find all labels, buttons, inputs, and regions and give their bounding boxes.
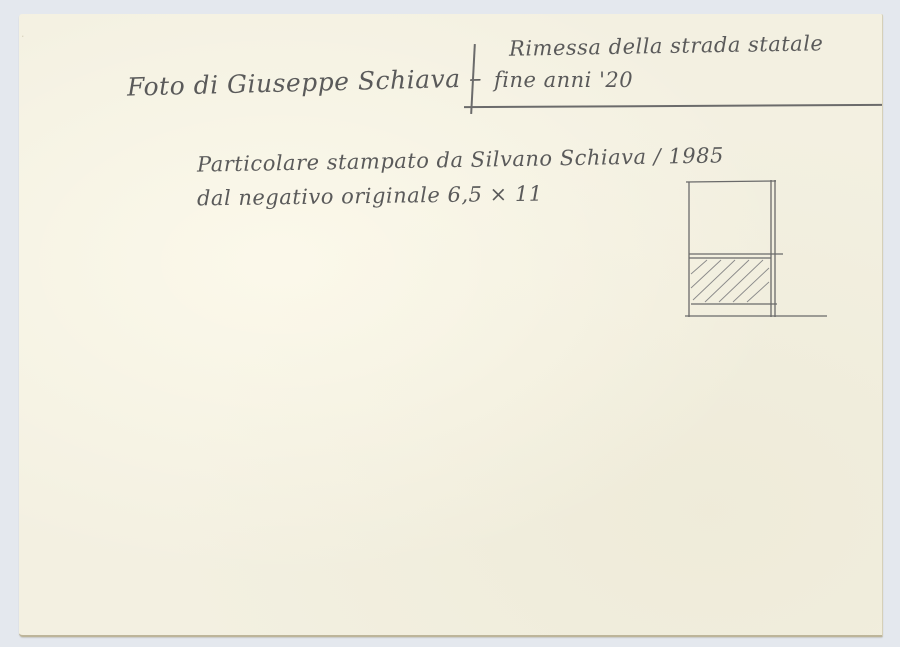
subject-inscription-line-1: Rimessa della strada statale bbox=[509, 31, 824, 60]
hatching bbox=[691, 260, 769, 302]
photo-card-back: · Foto di Giuseppe Schiava – Rimessa del… bbox=[19, 14, 883, 637]
faint-archive-mark: · bbox=[21, 30, 25, 43]
author-inscription: Foto di Giuseppe Schiava – bbox=[127, 63, 483, 101]
crop-diagram-sketch bbox=[679, 174, 839, 324]
print-inscription-line-2: dal negativo originale 6,5 × 11 bbox=[197, 182, 543, 211]
print-inscription-line-1: Particolare stampato da Silvano Schiava … bbox=[197, 143, 724, 176]
divider-horizontal bbox=[464, 104, 882, 108]
subject-inscription-line-2: fine anni '20 bbox=[494, 68, 633, 92]
